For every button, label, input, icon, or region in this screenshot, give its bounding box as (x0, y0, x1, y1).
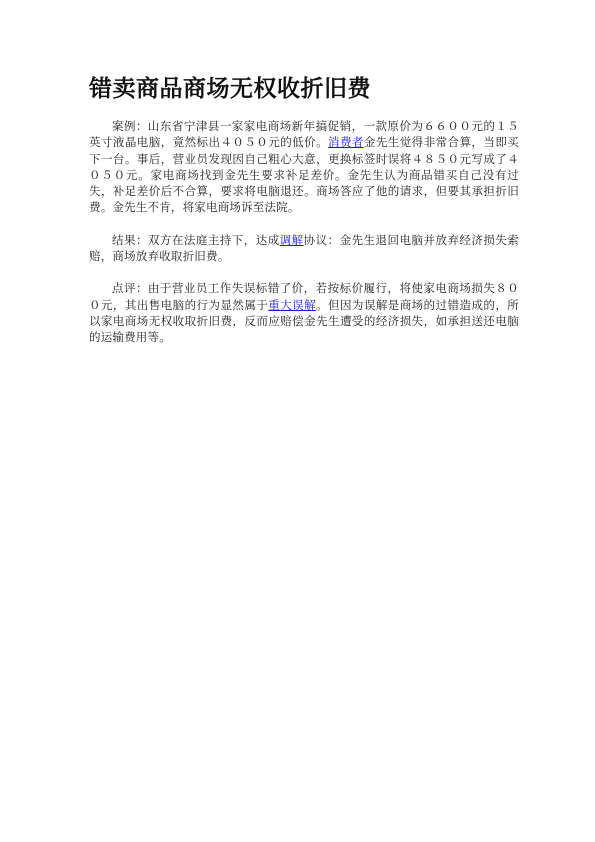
case-paragraph: 案例：山东省宁津县一家家电商场新年搞促销，一款原价为６６００元的１５英寸液晶电脑… (89, 118, 519, 216)
document-title: 错卖商品商场无权收折旧费 (89, 74, 519, 104)
comment-paragraph: 点评：由于营业员工作失误标错了价，若按标价履行，将使家电商场损失８００元，其出售… (89, 280, 519, 345)
document-page: 错卖商品商场无权收折旧费 案例：山东省宁津县一家家电商场新年搞促销，一款原价为６… (89, 74, 519, 362)
mediation-link[interactable]: 调解 (280, 233, 304, 247)
consumer-link[interactable]: 消费者 (328, 135, 364, 149)
result-text-start: 结果：双方在法庭主持下，达成 (112, 233, 280, 247)
result-paragraph: 结果：双方在法庭主持下，达成调解协议：金先生退回电脑并放弃经济损失索赔，商场放弃… (89, 232, 519, 265)
major-misunderstanding-link[interactable]: 重大误解 (268, 298, 316, 312)
